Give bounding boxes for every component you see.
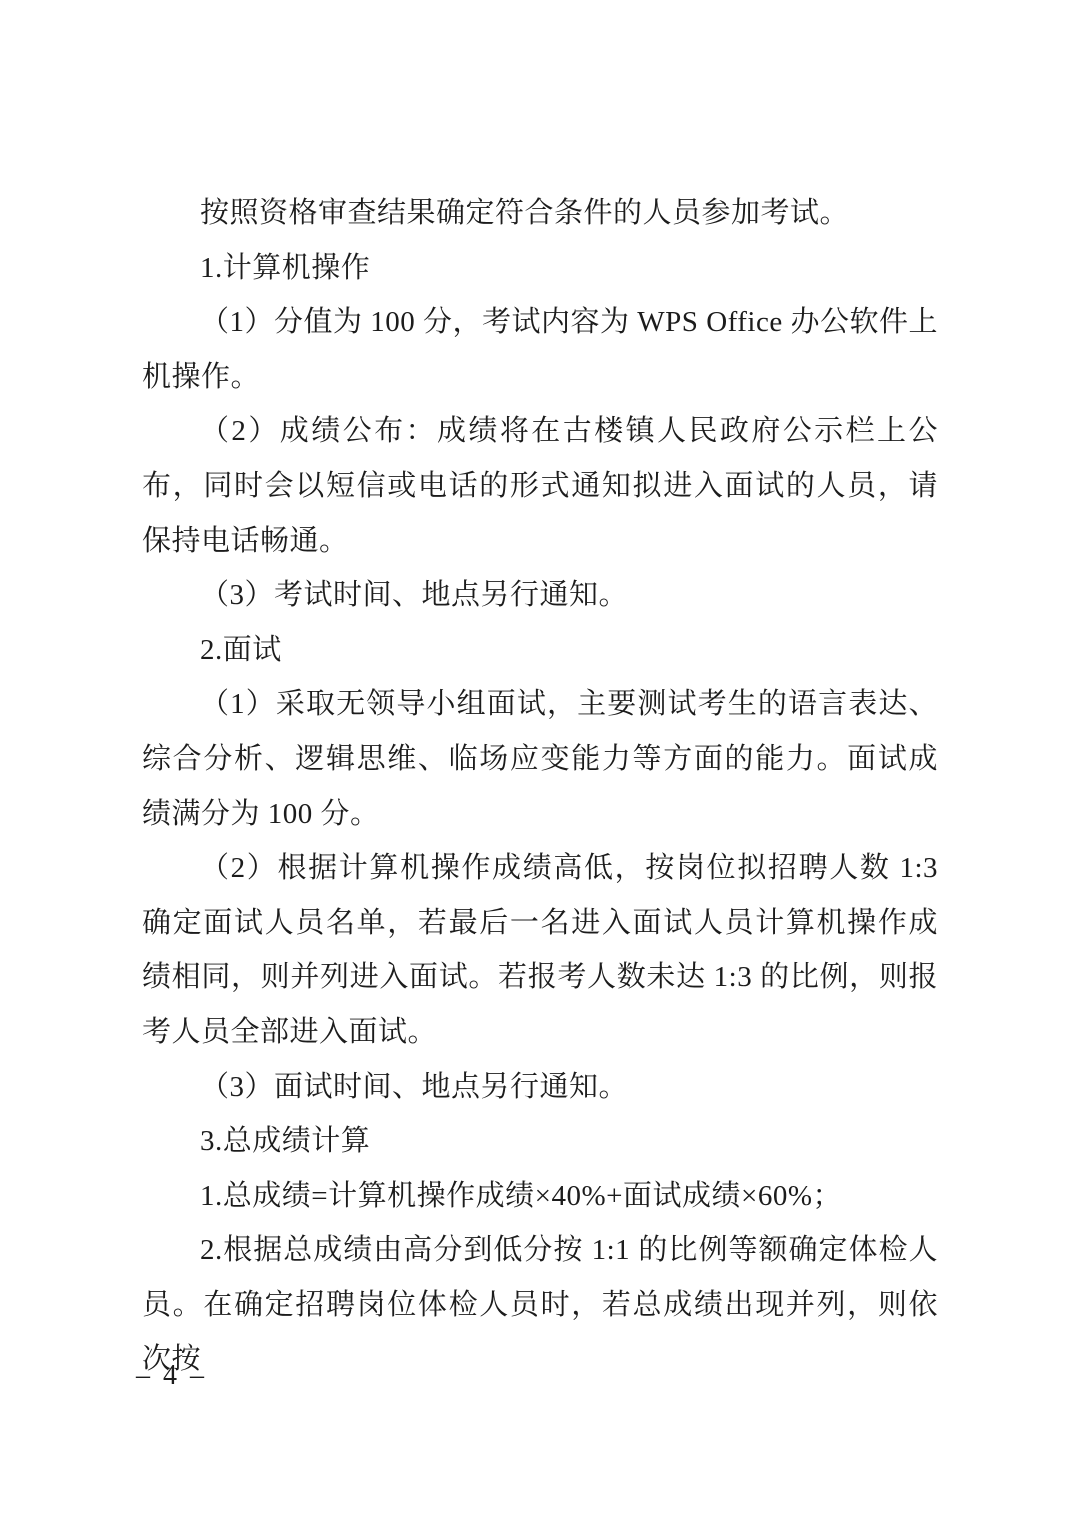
paragraph-heading-interview: 2.面试 (142, 623, 938, 678)
paragraph-exam-time-notice: （3）考试时间、地点另行通知。 (142, 568, 938, 623)
paragraph-computer-test-score: （1）分值为 100 分，考试内容为 WPS Office 办公软件上机操作。 (142, 295, 938, 404)
paragraph-interview-format: （1）采取无领导小组面试，主要测试考生的语言表达、综合分析、逻辑思维、临场应变能… (142, 677, 938, 841)
paragraph-interview-time-notice: （3）面试时间、地点另行通知。 (142, 1060, 938, 1115)
document-page: 按照资格审查结果确定符合条件的人员参加考试。 1.计算机操作 （1）分值为 10… (0, 0, 1074, 1520)
document-body: 按照资格审查结果确定符合条件的人员参加考试。 1.计算机操作 （1）分值为 10… (142, 186, 938, 1387)
paragraph-interview-shortlist: （2）根据计算机操作成绩高低，按岗位拟招聘人数 1:3 确定面试人员名单，若最后… (142, 841, 938, 1059)
page-number: – 4 – (136, 1360, 207, 1392)
paragraph-total-score-formula: 1.总成绩=计算机操作成绩×40%+面试成绩×60%； (142, 1169, 938, 1224)
paragraph-medical-check-selection: 2.根据总成绩由高分到低分按 1:1 的比例等额确定体检人员。在确定招聘岗位体检… (142, 1223, 938, 1387)
paragraph-score-announcement: （2）成绩公布：成绩将在古楼镇人民政府公示栏上公布，同时会以短信或电话的形式通知… (142, 404, 938, 568)
paragraph-intro: 按照资格审查结果确定符合条件的人员参加考试。 (142, 186, 938, 241)
paragraph-heading-total-score: 3.总成绩计算 (142, 1114, 938, 1169)
paragraph-heading-computer-test: 1.计算机操作 (142, 241, 938, 296)
